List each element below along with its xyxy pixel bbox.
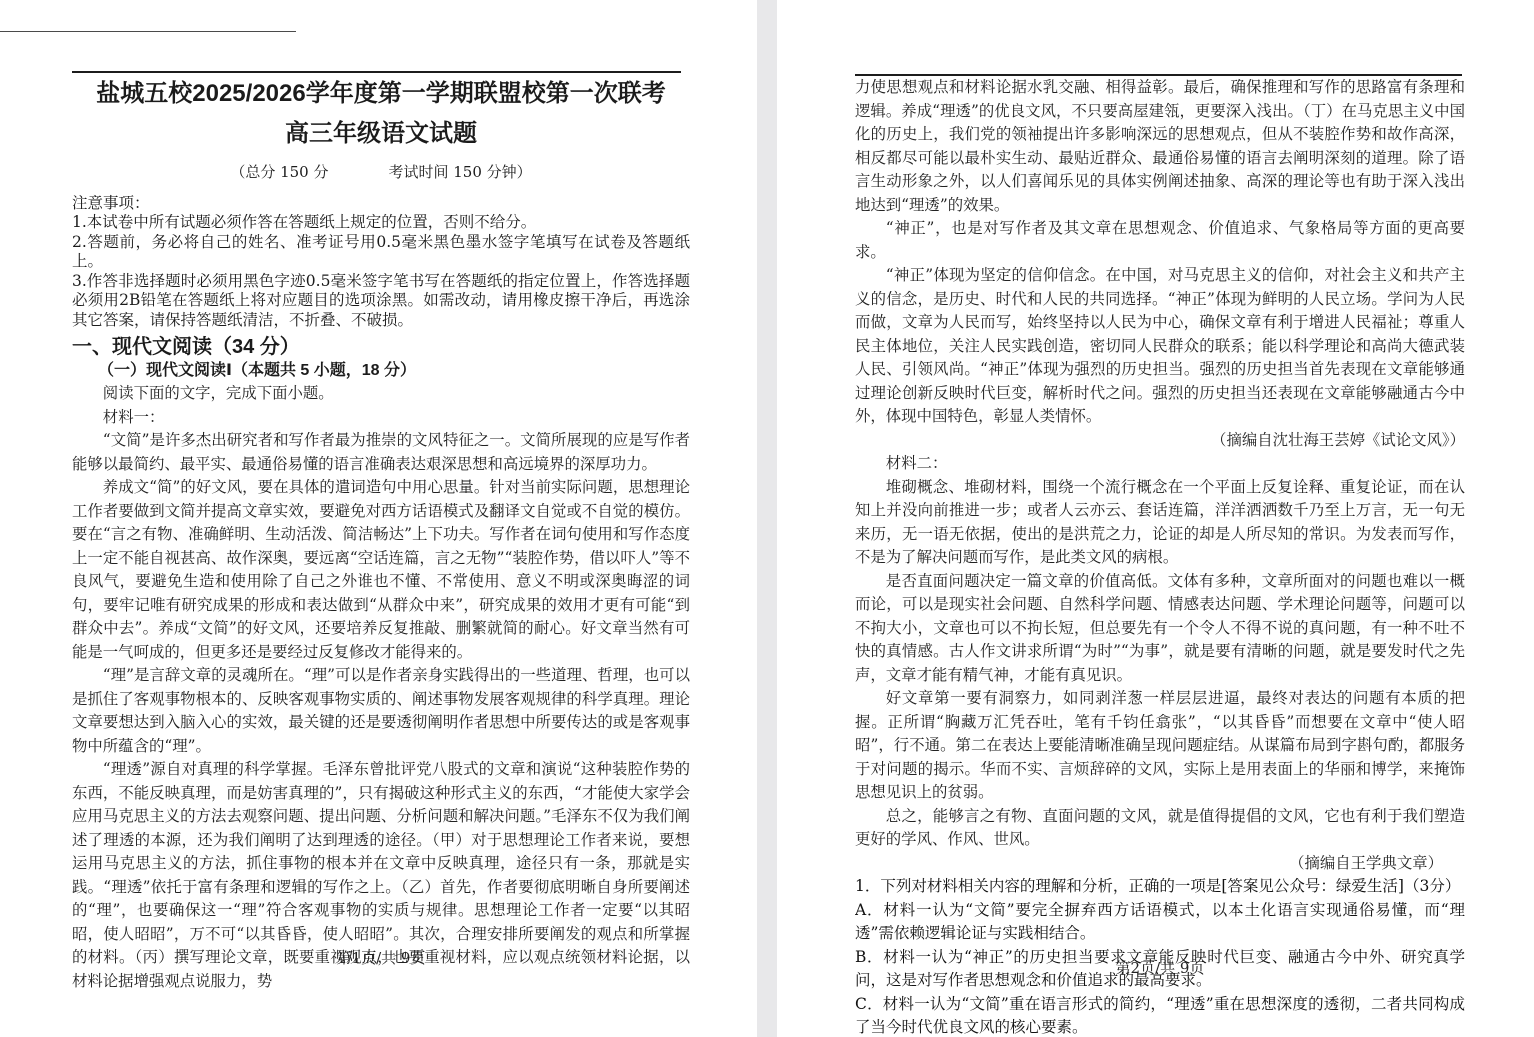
body-paragraph: “神正”，也是对写作者及其文章在思想观念、价值追求、气象格局等方面的更高要求。 — [855, 217, 1465, 264]
page-2-footer: 第2页/共 9页 — [855, 958, 1465, 978]
material-2-citation: （摘编自王学典文章） — [855, 852, 1465, 876]
page-2: 力使思想观点和材料论据水乳交融、相得益彰。最后，确保推理和写作的思路富有条理和逻… — [855, 0, 1465, 1037]
body-paragraph: “文简”是许多杰出研究者和写作者最为推崇的文风特征之一。文简所展现的应是写作者能… — [72, 429, 690, 476]
page-1-footer: 第1页/共 9页 — [72, 948, 690, 968]
material-1-citation: （摘编自沈壮海王芸婷《试论文风》） — [855, 429, 1465, 453]
body-paragraph: 是否直面问题决定一篇文章的价值高低。文体有多种，文章所面对的问题也难以一概而论，… — [855, 570, 1465, 688]
body-paragraph: 好文章第一要有洞察力，如同剥洋葱一样层层进逼，最终对表达的问题有本质的把握。正所… — [855, 687, 1465, 805]
notice-item-2: 2.答题前，务必将自己的姓名、准考证号用0.5毫米黑色墨水签字笔填写在试卷及答题… — [72, 233, 690, 272]
notice-item-1: 1.本试卷中所有试题必须作答在答题纸上规定的位置，否则不给分。 — [72, 213, 690, 233]
notice-item-3: 3.作答非选择题时必须用黑色字迹0.5毫米签字笔书写在答题纸的指定位置上，作答选… — [72, 272, 690, 331]
question-1-option-a: A．材料一认为“文简”要完全摒弃西方话语模式，以本土化语言实现通俗易懂，而“理透… — [855, 899, 1465, 946]
page-1: 盐城五校2025/2026学年度第一学期联盟校第一次联考 高三年级语文试题 （总… — [72, 0, 690, 1037]
body-paragraph: 堆砌概念、堆砌材料，围绕一个流行概念在一个平面上反复诠释、重复论证，而在认知上并… — [855, 476, 1465, 570]
exam-title: 盐城五校2025/2026学年度第一学期联盟校第一次联考 — [72, 79, 690, 109]
document-viewport: { "page1": { "title": "盐城五校2025/2026学年度第… — [0, 0, 1534, 1037]
page-divider — [757, 0, 777, 1037]
header-rule — [72, 71, 681, 73]
exam-subtitle: 高三年级语文试题 — [72, 119, 690, 149]
body-paragraph: “神正”体现为坚定的信仰信念。在中国，对马克思主义的信仰，对社会主义和共产主义的… — [855, 264, 1465, 429]
exam-meta: （总分 150 分 考试时间 150 分钟） — [72, 163, 690, 182]
question-1-stem: 1．下列对材料相关内容的理解和分析，正确的一项是[答案见公众号：绿爱生活]（3分… — [855, 875, 1465, 899]
material-1-label: 材料一： — [72, 406, 690, 430]
question-1-option-c: C．材料一认为“文简”重在语言形式的简约，“理透”重在思想深度的透彻，二者共同构… — [855, 993, 1465, 1037]
section-heading: 一、现代文阅读（34 分） — [72, 334, 690, 360]
notice-heading: 注意事项： — [72, 194, 690, 213]
body-paragraph: 力使思想观点和材料论据水乳交融、相得益彰。最后，确保推理和写作的思路富有条理和逻… — [855, 76, 1465, 217]
body-paragraph: 养成文“简”的好文风，要在具体的遣词造句中用心思量。针对当前实际问题，思想理论工… — [72, 476, 690, 664]
body-paragraph: “理”是言辞文章的灵魂所在。“理”可以是作者亲身实践得出的一些道理、哲理，也可以… — [72, 664, 690, 758]
subsection-heading: （一）现代文阅读Ⅰ（本题共 5 小题，18 分） — [72, 360, 690, 382]
reading-prompt: 阅读下面的文字，完成下面小题。 — [72, 382, 690, 406]
material-2-label: 材料二： — [855, 452, 1465, 476]
body-paragraph: 总之，能够言之有物、直面问题的文风，就是值得提倡的文风，它也有利于我们塑造更好的… — [855, 805, 1465, 852]
